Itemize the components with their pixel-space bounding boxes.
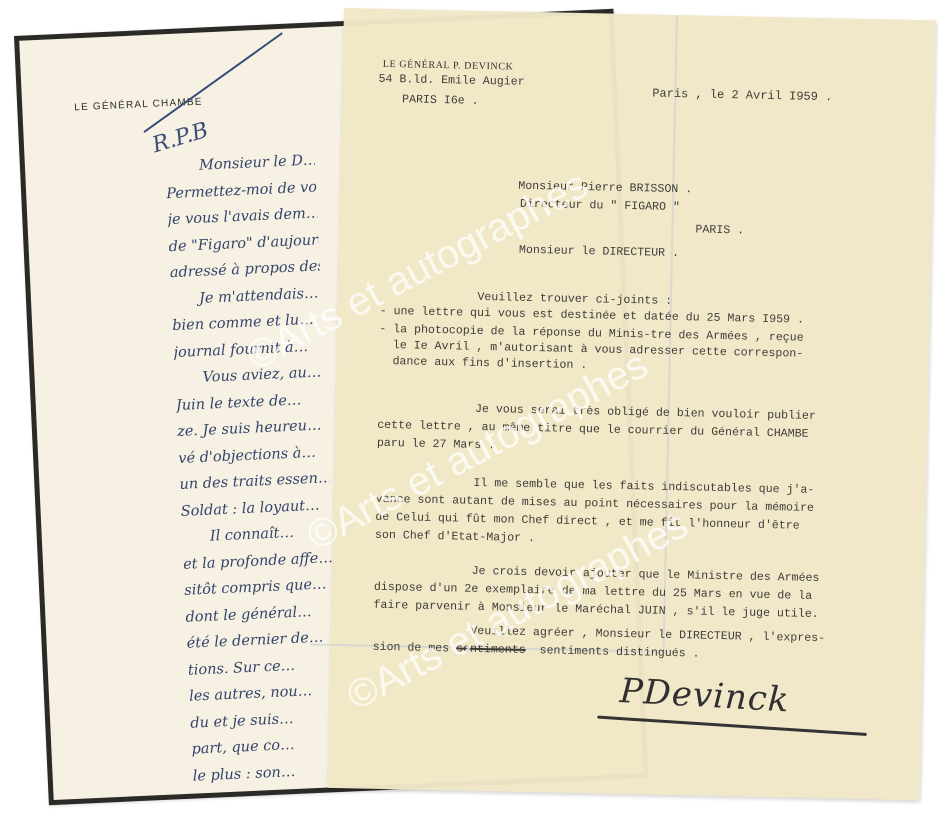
closing-suffix: sentiments distingués . [526, 644, 700, 661]
handwritten-text: Monsieur le D… Permettez-moi de vou… je … [165, 147, 344, 789]
signature: PDevinck [619, 671, 791, 720]
letter-date: Paris , le 2 Avril I959 . [652, 86, 832, 104]
signature-underline [597, 716, 867, 736]
recipient-city: PARIS . [695, 223, 744, 237]
letterhead-name: LE GÉNÉRAL P. DEVINCK [383, 59, 514, 73]
body-line: son Chef d'Etat-Major . [375, 529, 535, 545]
annotation-stroke [143, 32, 282, 132]
body-line: dance aux fins d'insertion . [378, 355, 587, 372]
letterhead-address: 54 B.ld. Emile Augier [378, 73, 524, 89]
recipient-title: Directeur du " FIGARO " [520, 198, 680, 214]
closing-line: sion de mes sentiments sentiments distin… [372, 641, 699, 661]
body-line: faire parvenir à Monsieur le Maréchal JU… [373, 599, 818, 621]
closing-prefix: sion de mes [372, 641, 456, 656]
recipient-name: Monsieur Pierre BRISSON . [518, 180, 692, 197]
front-letter-devinck: LE GÉNÉRAL P. DEVINCK 54 B.ld. Emile Aug… [328, 8, 936, 800]
letterhead-city: PARIS I6e . [402, 93, 479, 108]
struck-word: sentiments [456, 642, 526, 656]
body-line: paru le 27 Mars . [377, 437, 496, 452]
salutation: Monsieur le DIRECTEUR . [519, 244, 679, 260]
back-letterhead: LE GÉNÉRAL CHAMBE [74, 97, 203, 114]
